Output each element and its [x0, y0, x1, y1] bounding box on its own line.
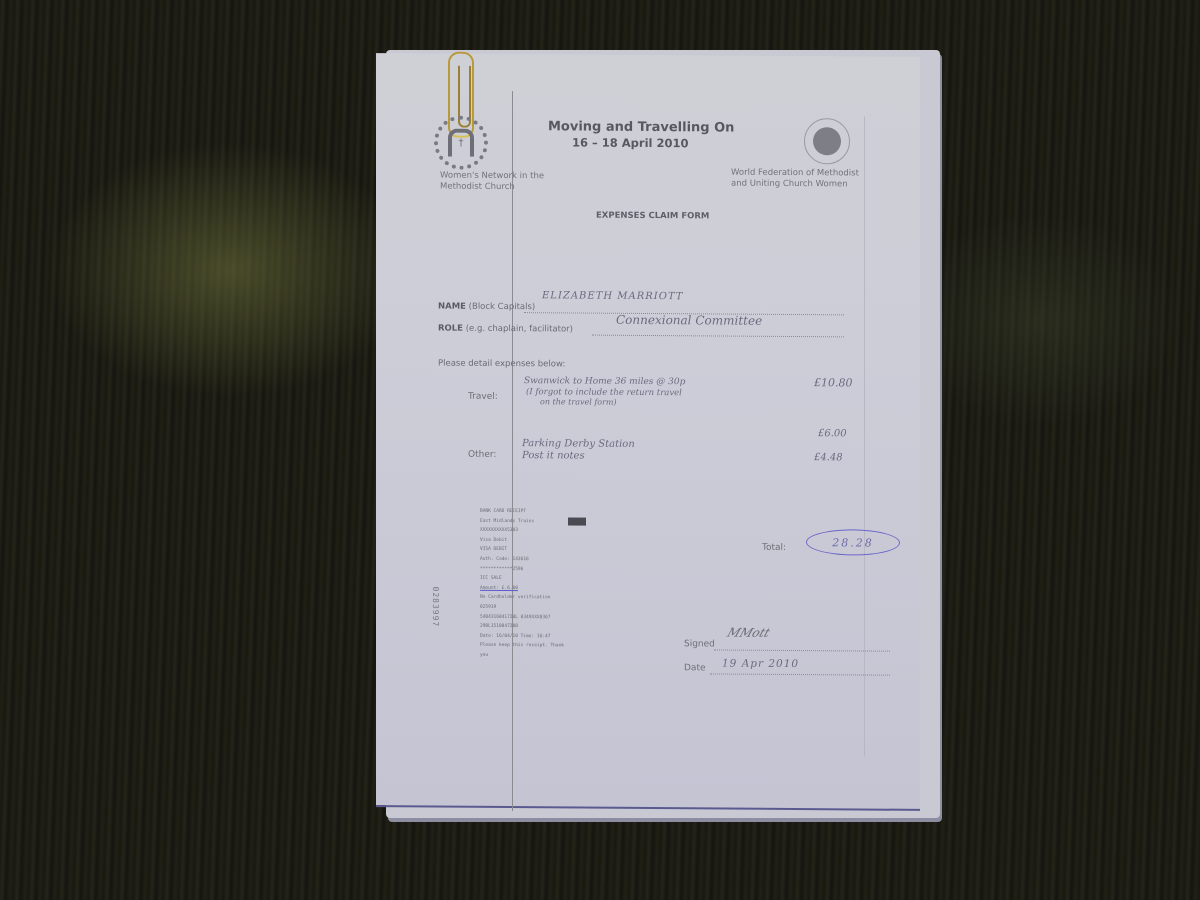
other-label: Other:: [468, 450, 496, 460]
card-receipt: 0283997 BANK CARD RECEIPT East Midlands …: [442, 507, 582, 658]
church-arch-logo-icon: †: [434, 116, 488, 170]
date-underline: [710, 673, 890, 675]
other-line: Parking Derby Station: [522, 438, 635, 450]
org-right-line: and Uniting Church Women: [731, 179, 871, 191]
org-left-line: Methodist Church: [440, 182, 560, 194]
name-value: ELIZABETH MARRIOTT: [542, 290, 683, 302]
event-title: Moving and Travelling On: [548, 119, 734, 135]
travel-line: on the travel form): [540, 397, 617, 407]
fold-line: [512, 91, 513, 811]
expenses-intro: Please detail expenses below:: [438, 359, 565, 370]
signed-underline: [714, 649, 890, 651]
expenses-claim-form: † Women's Network in the Methodist Churc…: [376, 53, 920, 811]
form-title: EXPENSES CLAIM FORM: [596, 211, 709, 222]
total-value: 28.28: [832, 536, 874, 549]
role-underline: [592, 335, 844, 338]
tree-logo-icon: [804, 118, 850, 164]
event-dates: 16 – 18 April 2010: [572, 135, 688, 150]
other-amount: £6.00: [818, 428, 847, 439]
org-right-name: World Federation of Methodist and Unitin…: [731, 168, 871, 191]
org-left-line: Women's Network in the: [440, 171, 560, 183]
org-left-name: Women's Network in the Methodist Church: [440, 171, 560, 194]
date-value: 19 Apr 2010: [722, 658, 799, 671]
role-label-rest: (e.g. chaplain, facilitator): [463, 324, 573, 335]
signed-label: Signed: [684, 639, 715, 649]
total-oval: 28.28: [806, 529, 900, 556]
receipt-serial: 0283997: [431, 586, 440, 627]
other-line: Post it notes: [522, 450, 585, 461]
travel-amount: £10.80: [814, 376, 853, 389]
role-label-bold: ROLE: [438, 324, 463, 334]
other-amount: £4.48: [814, 452, 843, 463]
name-label-bold: NAME: [438, 302, 466, 312]
role-value: Connexional Committee: [616, 313, 762, 328]
date-label: Date: [684, 663, 706, 673]
travel-line: Swanwick to Home 36 miles @ 30p: [524, 376, 685, 387]
name-label: NAME (Block Capitals): [438, 302, 535, 313]
margin-line: [864, 117, 865, 757]
signature: MMott: [725, 626, 800, 640]
receipt-line: you: [480, 651, 582, 661]
travel-label: Travel:: [468, 392, 498, 402]
total-label: Total:: [762, 543, 786, 553]
name-label-rest: (Block Capitals): [466, 302, 535, 312]
role-label: ROLE (e.g. chaplain, facilitator): [438, 324, 573, 335]
